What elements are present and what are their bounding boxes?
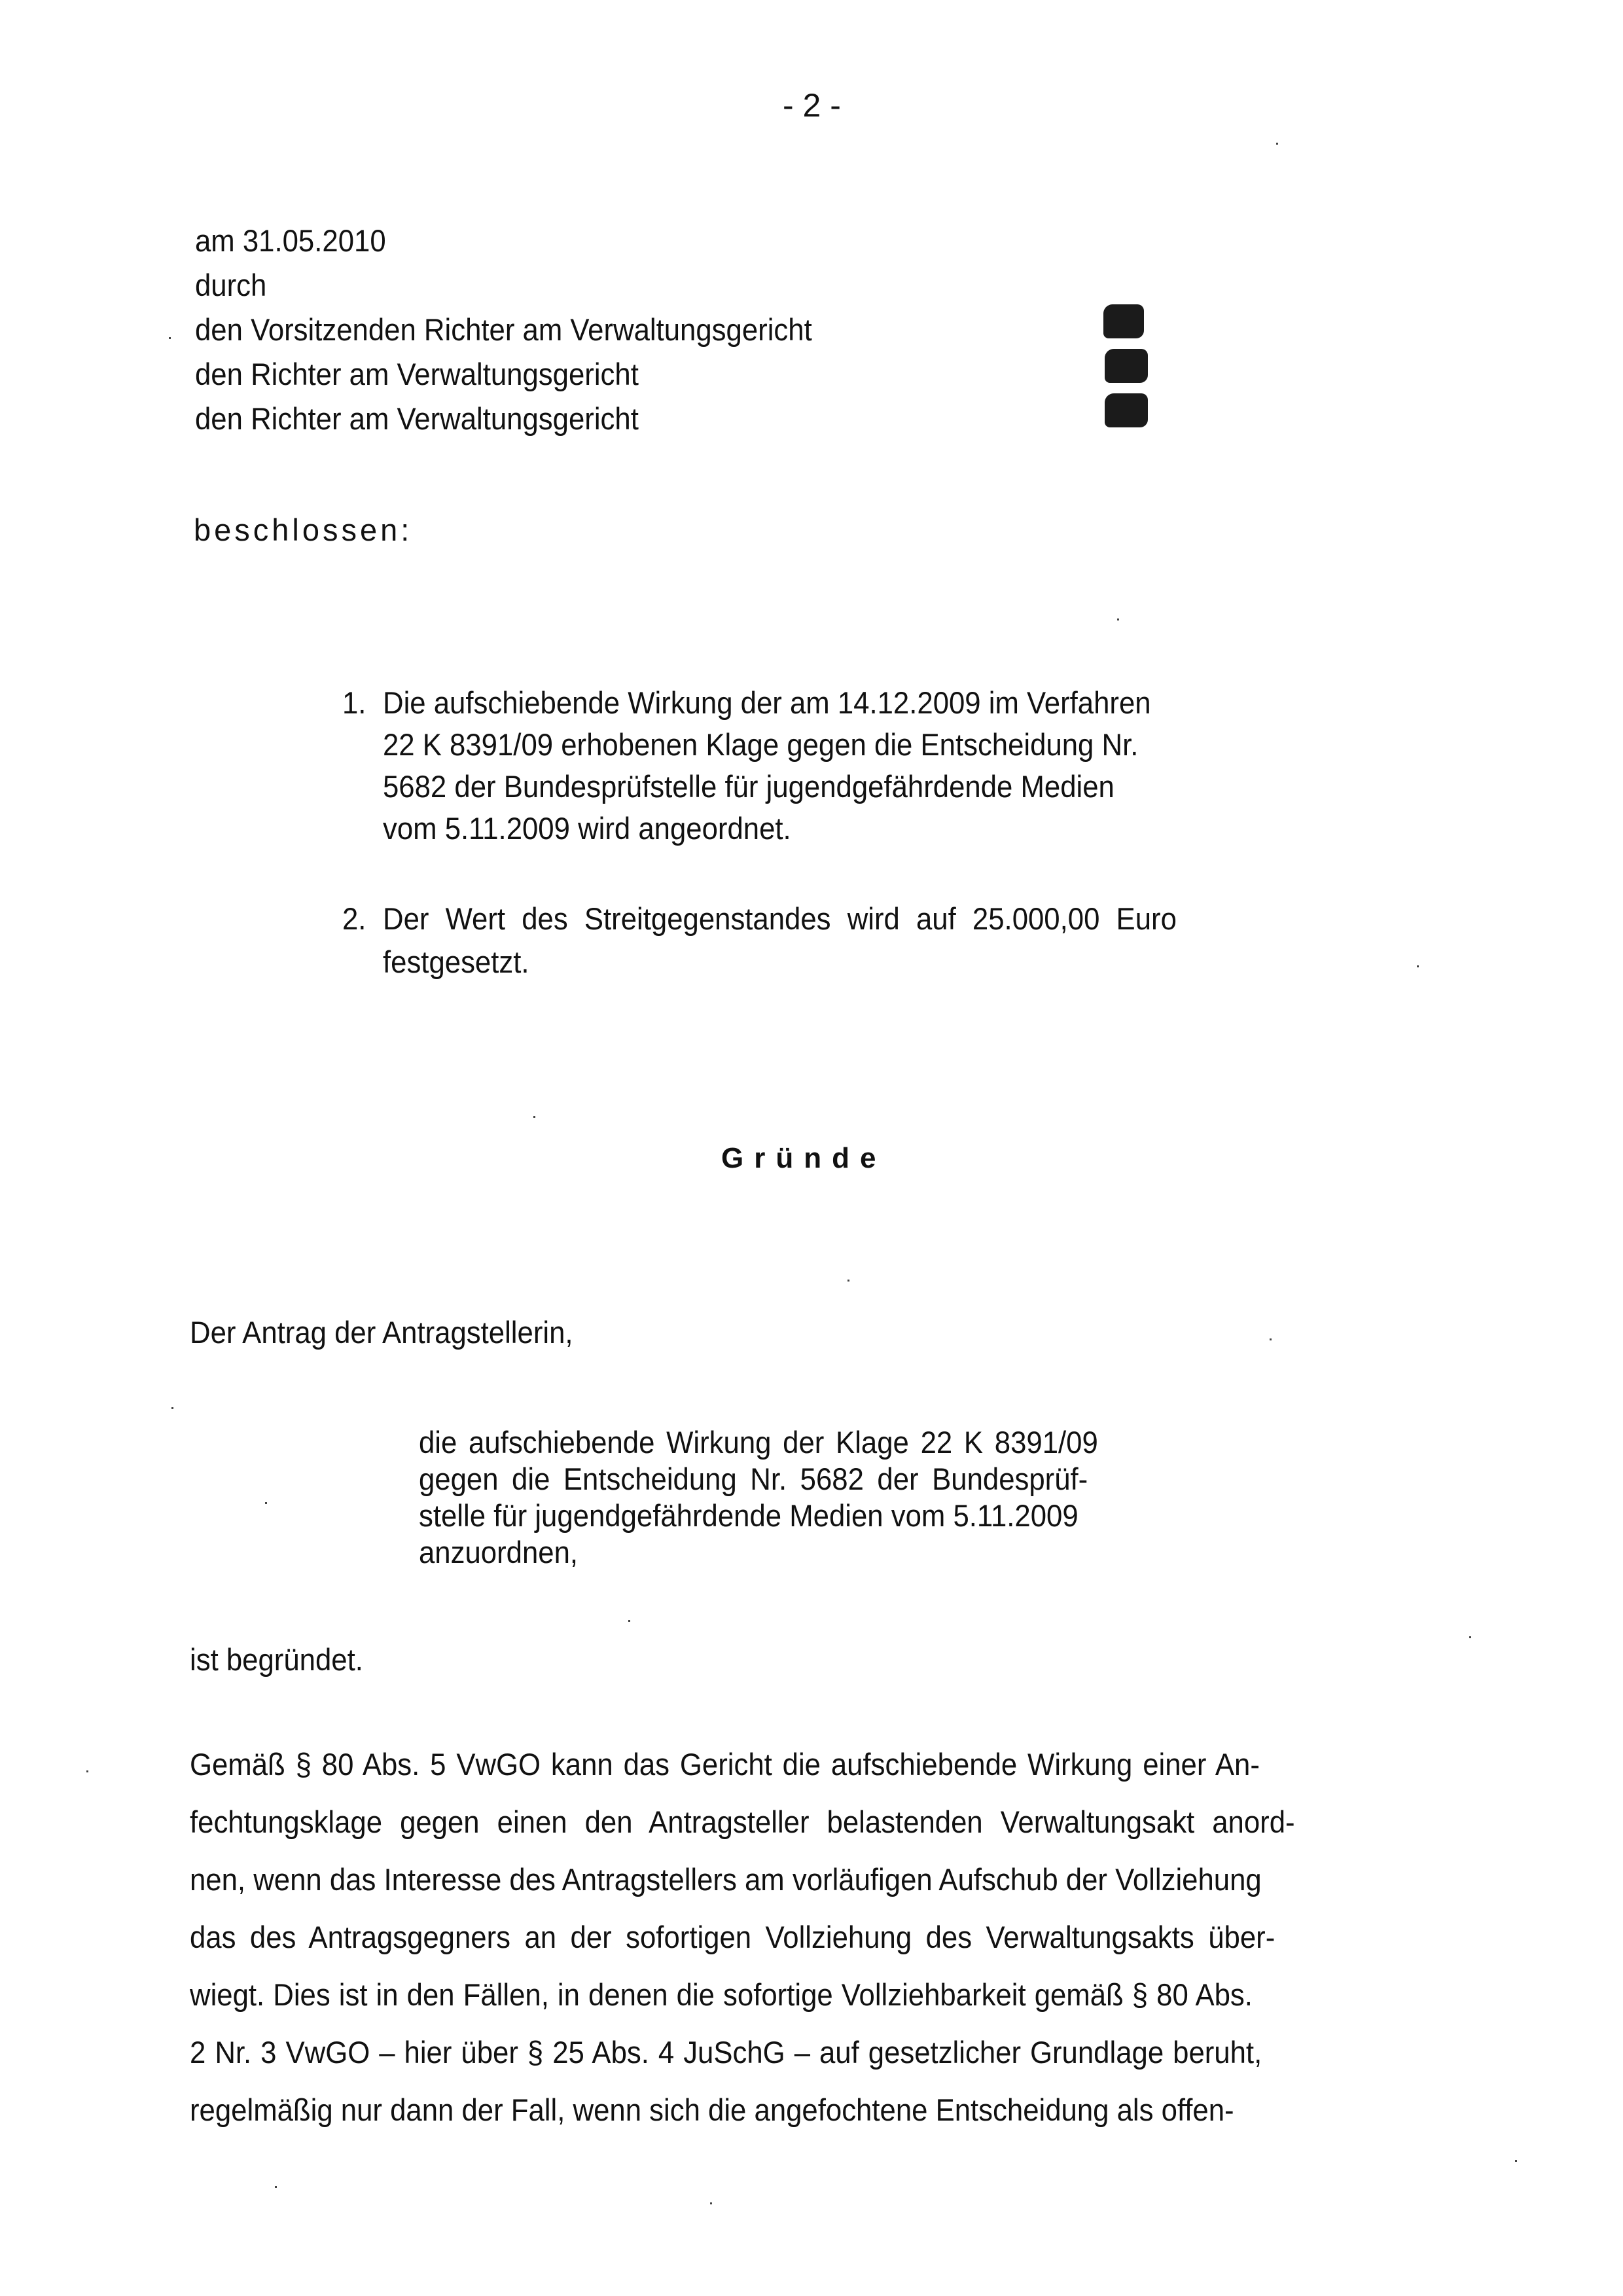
judge-title: den Richter am Verwaltungsgericht bbox=[195, 403, 639, 434]
scan-speck bbox=[533, 1116, 535, 1118]
scan-speck bbox=[628, 1620, 630, 1622]
ruling-line: festgesetzt. bbox=[383, 946, 529, 977]
resolved-label: beschlossen: bbox=[194, 514, 412, 545]
judge-title: den Vorsitzenden Richter am Verwaltungsg… bbox=[195, 314, 812, 345]
paragraph-line: 2 Nr. 3 VwGO – hier über § 25 Abs. 4 JuS… bbox=[190, 2037, 1262, 2068]
ruling-line: 5682 der Bundesprüfstelle für jugendgefä… bbox=[383, 771, 1115, 802]
ruling-line: Der Wert des Streitgegenstandes wird auf… bbox=[383, 903, 1177, 934]
ruling-line: Die aufschiebende Wirkung der am 14.12.2… bbox=[383, 687, 1151, 718]
scan-speck bbox=[1417, 965, 1419, 967]
paragraph-line: nen, wenn das Interesse des Antragstelle… bbox=[190, 1864, 1262, 1895]
judge-title: den Richter am Verwaltungsgericht bbox=[195, 359, 639, 389]
scan-speck bbox=[1469, 1636, 1471, 1638]
paragraph-line: regelmäßig nur dann der Fall, wenn sich … bbox=[190, 2094, 1234, 2125]
scan-speck bbox=[86, 1770, 88, 1772]
scan-speck bbox=[710, 2202, 712, 2204]
scan-speck bbox=[265, 1502, 267, 1504]
request-line: anzuordnen, bbox=[419, 1537, 578, 1568]
ruling-line: 22 K 8391/09 erhobenen Klage gegen die E… bbox=[383, 729, 1138, 760]
scan-speck bbox=[847, 1280, 849, 1282]
paragraph-line: Gemäß § 80 Abs. 5 VwGO kann das Gericht … bbox=[190, 1749, 1260, 1780]
scan-speck bbox=[1515, 2160, 1517, 2162]
scan-speck bbox=[1270, 1338, 1272, 1340]
paragraph-line: das des Antragsgegners an der sofortigen… bbox=[190, 1922, 1275, 1952]
ruling-number: 1. bbox=[342, 687, 366, 718]
decision-date: am 31.05.2010 bbox=[195, 225, 386, 256]
redacted-judge-name bbox=[1103, 304, 1144, 338]
request-intro: Der Antrag der Antragstellerin, bbox=[190, 1317, 573, 1348]
request-line: stelle für jugendgefährdende Medien vom … bbox=[419, 1500, 1079, 1531]
scan-speck bbox=[169, 337, 171, 339]
request-line: die aufschiebende Wirkung der Klage 22 K… bbox=[419, 1427, 1098, 1458]
redacted-judge-name bbox=[1105, 393, 1148, 427]
by-line: durch bbox=[195, 270, 266, 300]
scan-speck bbox=[1117, 619, 1119, 620]
section-heading: Gründe bbox=[721, 1144, 886, 1173]
redacted-judge-name bbox=[1105, 349, 1148, 383]
scan-speck bbox=[171, 1407, 173, 1409]
ruling-number: 2. bbox=[342, 903, 366, 934]
scan-speck bbox=[1276, 143, 1278, 145]
request-conclusion: ist begründet. bbox=[190, 1644, 363, 1675]
scan-speck bbox=[275, 2186, 277, 2188]
request-line: gegen die Entscheidung Nr. 5682 der Bund… bbox=[419, 1463, 1088, 1494]
paragraph-line: wiegt. Dies ist in den Fällen, in denen … bbox=[190, 1979, 1253, 2010]
paragraph-line: fechtungsklage gegen einen den Antragste… bbox=[190, 1806, 1295, 1837]
page-number: - 2 - bbox=[783, 86, 841, 124]
ruling-line: vom 5.11.2009 wird angeordnet. bbox=[383, 813, 791, 844]
